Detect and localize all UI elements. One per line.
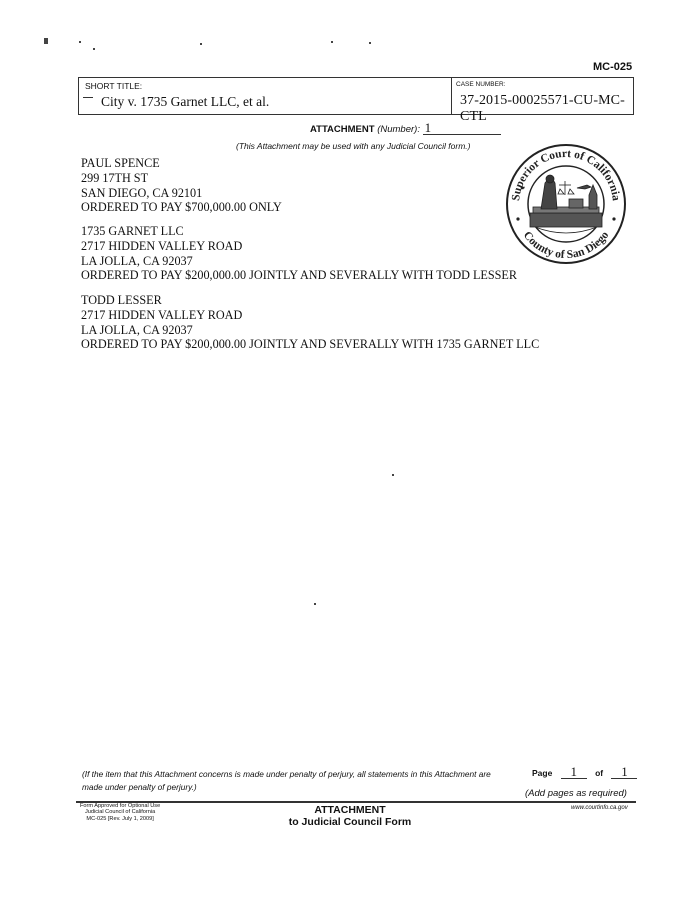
footer-title-line2: to Judicial Council Form — [260, 816, 440, 828]
party-block: PAUL SPENCE 299 17TH ST SAN DIEGO, CA 92… — [81, 156, 282, 215]
page-total: 1 — [611, 766, 637, 779]
footer-title-line1: ATTACHMENT — [300, 804, 400, 816]
perjury-note: (If the item that this Attachment concer… — [82, 768, 502, 793]
party-order: ORDERED TO PAY $200,000.00 JOINTLY AND S… — [81, 337, 539, 352]
attachment-label: ATTACHMENT — [310, 124, 375, 135]
svg-text:County of San Diego: County of San Diego — [521, 229, 612, 261]
page-counter: Page 1 of 1 — [532, 766, 643, 779]
scan-speck — [200, 43, 202, 45]
case-number-label: CASE NUMBER: — [456, 81, 505, 88]
scan-speck — [392, 474, 394, 476]
scan-speck — [369, 42, 371, 44]
seal-emblem-icon — [530, 175, 602, 233]
party-name: 1735 GARNET LLC — [81, 224, 517, 239]
case-number-value: 37-2015-00025571-CU-MC-CTL — [460, 93, 633, 125]
add-pages-note: (Add pages as required) — [525, 788, 627, 799]
party-block: 1735 GARNET LLC 2717 HIDDEN VALLEY ROAD … — [81, 224, 517, 283]
party-order: ORDERED TO PAY $200,000.00 JOINTLY AND S… — [81, 268, 517, 283]
short-title-value: City v. 1735 Garnet LLC, et al. — [101, 94, 269, 110]
case-number-cell: CASE NUMBER: 37-2015-00025571-CU-MC-CTL — [452, 78, 633, 114]
scan-speck — [79, 41, 81, 43]
page-label: Page — [532, 768, 552, 778]
court-website: www.courtinfo.ca.gov — [571, 805, 628, 811]
seal-bottom-text: County of San Diego — [521, 229, 612, 261]
scan-speck — [44, 38, 48, 44]
title-tick-mark — [83, 97, 93, 98]
party-address-line2: LA JOLLA, CA 92037 — [81, 254, 517, 269]
form-approval-info: Form Approved for Optional Use Judicial … — [80, 803, 160, 822]
page-current: 1 — [561, 766, 587, 779]
approval-line3: MC-025 [Rev. July 1, 2009] — [80, 816, 160, 822]
short-title-cell: SHORT TITLE: City v. 1735 Garnet LLC, et… — [79, 78, 452, 114]
party-block: TODD LESSER 2717 HIDDEN VALLEY ROAD LA J… — [81, 293, 539, 352]
attachment-heading: ATTACHMENT (Number): 1 — [310, 122, 501, 135]
svg-text:Superior Court of California: Superior Court of California — [510, 148, 622, 202]
party-address-line2: LA JOLLA, CA 92037 — [81, 323, 539, 338]
scan-speck — [314, 603, 316, 605]
approval-line2: Judicial Council of California — [80, 809, 160, 815]
party-name: PAUL SPENCE — [81, 156, 282, 171]
attachment-number: 1 — [423, 122, 501, 135]
scan-speck — [93, 48, 95, 50]
footer-title: ATTACHMENT to Judicial Council Form — [300, 804, 400, 828]
party-order: ORDERED TO PAY $700,000.00 ONLY — [81, 200, 282, 215]
page-of-label: of — [595, 768, 603, 778]
party-address-line1: 2717 HIDDEN VALLEY ROAD — [81, 308, 539, 323]
court-seal: Superior Court of California County of S… — [505, 143, 627, 265]
form-id: MC-025 — [593, 61, 632, 73]
attachment-note: (This Attachment may be used with any Ju… — [236, 141, 470, 151]
caption-box: SHORT TITLE: City v. 1735 Garnet LLC, et… — [78, 77, 634, 115]
party-address-line1: 299 17TH ST — [81, 171, 282, 186]
party-address-line1: 2717 HIDDEN VALLEY ROAD — [81, 239, 517, 254]
short-title-label: SHORT TITLE: — [85, 81, 142, 91]
scan-speck — [331, 41, 333, 43]
seal-top-text: Superior Court of California — [510, 148, 622, 202]
attachment-number-label: (Number): — [377, 124, 420, 135]
party-name: TODD LESSER — [81, 293, 539, 308]
party-address-line2: SAN DIEGO, CA 92101 — [81, 186, 282, 201]
